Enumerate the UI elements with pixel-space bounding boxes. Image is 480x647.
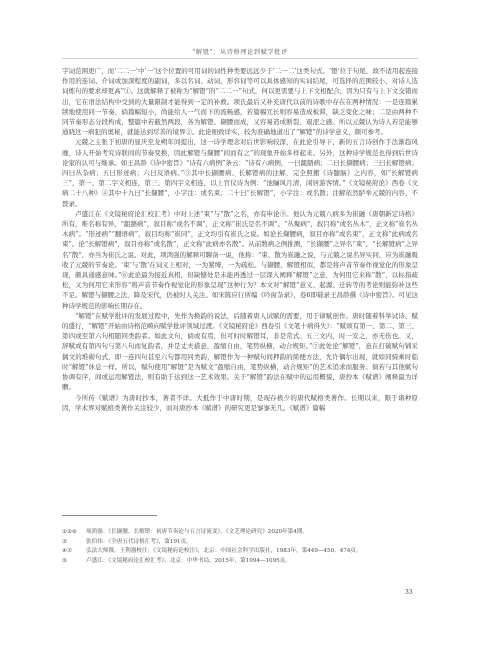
paragraph: 今所传《赋谱》为唐时抄本，著者不详。大抵作于中唐时期，是现存极少的唐代赋格类著作… bbox=[62, 393, 418, 413]
paragraph: 字词范围更广，而‘二二一’中‘一’这个位置的可用词的词性种类要远远少于‘二一二’… bbox=[62, 66, 418, 137]
footnote-marker: ④⑦ bbox=[62, 547, 80, 557]
footnote-marker: ①②⑥ bbox=[62, 528, 80, 538]
header-divider bbox=[62, 58, 418, 59]
footnote-item: ①②⑥ 项鸿强：《长撷腰、长解镫：初唐节奏论与五言诗流变》，《文艺理论研究》20… bbox=[62, 528, 418, 538]
footnote-item: ④⑦ 弘法大师撰，王利器校注：《文镜秘府论校注》，北京：中国社会科学出版社，19… bbox=[62, 547, 418, 557]
body-text: 字词范围更广，而‘二二一’中‘一’这个位置的可用词的词性种类要远远少于‘二一二’… bbox=[62, 66, 418, 413]
footnote-marker: ⑤ bbox=[62, 557, 80, 567]
footnote-text: 项鸿强：《长撷腰、长解镫：初唐节奏论与五言诗流变》，《文艺理论研究》2020年第… bbox=[86, 528, 308, 538]
footnote-item: ⑤ 卢盛江：《文镜秘府论汇校汇考》，北京：中华书局，2015年，第1094—10… bbox=[62, 557, 418, 567]
footnote-marker: ③ bbox=[62, 538, 80, 548]
footnote-text: 卢盛江：《文镜秘府论汇校汇考》，北京：中华书局，2015年，第1094—1095… bbox=[86, 557, 291, 567]
running-head: “解镫”：从诗格理论到赋学批评 bbox=[0, 47, 480, 56]
footnote-text: 张伯伟：《全唐五代诗格汇考》，第191页。 bbox=[86, 538, 192, 548]
footnote-divider bbox=[62, 515, 157, 516]
paragraph: “解镫”在赋学批评的发展过程中，先作为换韵的说法，后随着唐人试赋的需要，用于律赋… bbox=[62, 311, 418, 393]
footnote-item: ③ 张伯伟：《全唐五代诗格汇考》，第191页。 bbox=[62, 538, 418, 548]
page-number: 33 bbox=[405, 589, 413, 596]
footnote-text: 弘法大师撰，王利器校注：《文镜秘府论校注》，北京：中国社会科学出版社，1983年… bbox=[86, 547, 362, 557]
footnotes: ①②⑥ 项鸿强：《长撷腰、长解镫：初唐节奏论与五言诗流变》，《文艺理论研究》20… bbox=[62, 528, 418, 566]
paragraph: 卢盛江在《文镜秘府论汇校汇考》中对上述“束”与“散”之名，亦有申论⑤。他认为元兢… bbox=[62, 209, 418, 311]
paragraph: 元兢之主张于初唐的显庆至龙朔年间提出，这一诗学理念对后世影响较深，在此论引导下，… bbox=[62, 137, 418, 208]
